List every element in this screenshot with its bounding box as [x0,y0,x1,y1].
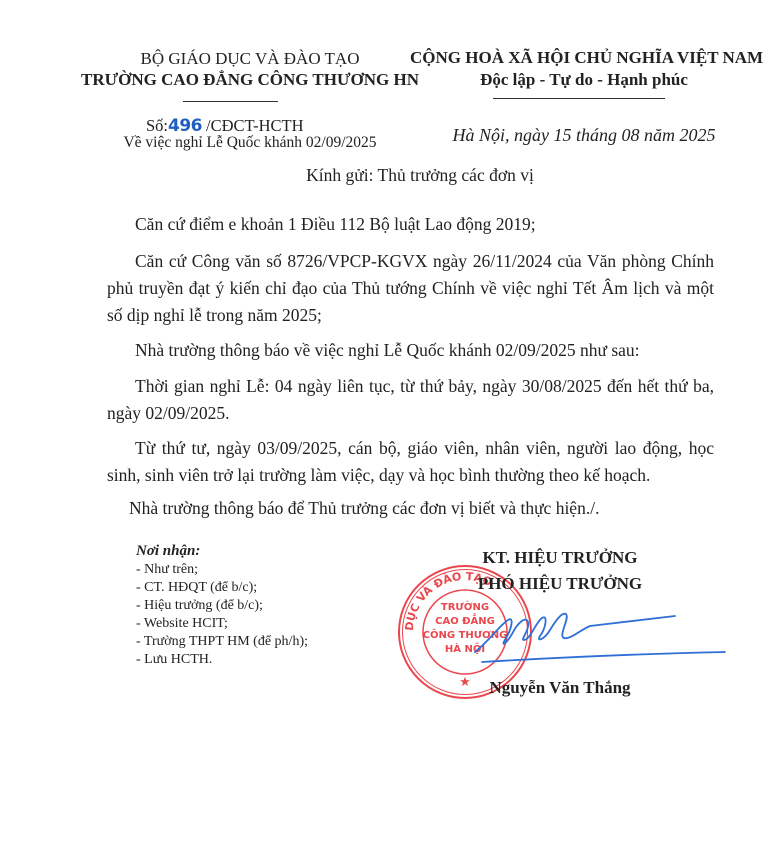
right-header-rule [493,98,665,99]
paragraph-text: Căn cứ Công văn số 8726/VPCP-KGVX ngày 2… [107,251,714,325]
recipients-title: Nơi nhận: [136,543,200,560]
paragraph-text: Thời gian nghỉ Lễ: 04 ngày liên tục, từ … [107,376,714,423]
recipient-item: - Trường THPT HM (để ph/h); [136,633,308,651]
doc-number-prefix: Số: [146,116,168,135]
paragraph-legal-basis-2: Căn cứ Công văn số 8726/VPCP-KGVX ngày 2… [107,248,714,329]
paragraph-text: Căn cứ điểm e khoản 1 Điều 112 Bộ luật L… [135,214,536,234]
addressee: Kính gửi: Thủ trưởng các đơn vị [120,165,720,186]
signature-title-1: KT. HIỆU TRƯỞNG [440,548,680,568]
recipient-item: - Hiệu trưởng (để b/c); [136,597,308,615]
signature-title-2: PHÓ HIỆU TRƯỞNG [440,574,680,594]
recipient-item: - CT. HĐQT (để b/c); [136,579,308,597]
paragraph-closing: Nhà trường thông báo để Thủ trưởng các đ… [107,495,714,522]
paragraph-return-to-work: Từ thứ tư, ngày 03/09/2025, cán bộ, giáo… [107,435,714,489]
document-number: Số:496/CĐCT-HCTH [146,116,304,136]
paragraph-announcement: Nhà trường thông báo về việc nghỉ Lễ Quố… [107,337,714,364]
left-header-rule [183,101,278,102]
signer-name: Nguyễn Văn Thắng [440,678,680,698]
recipient-item: - Như trên; [136,561,308,579]
recipient-item: - Lưu HCTH. [136,651,308,669]
ministry-name: BỘ GIÁO DỤC VÀ ĐÀO TẠO [90,49,410,69]
place-date: Hà Nội, ngày 15 tháng 08 năm 2025 [410,125,758,146]
paragraph-legal-basis-1: Căn cứ điểm e khoản 1 Điều 112 Bộ luật L… [107,211,714,238]
recipients-list: - Như trên; - CT. HĐQT (để b/c); - Hiệu … [136,561,308,669]
handwritten-signature [470,600,730,670]
paragraph-holiday-period: Thời gian nghỉ Lễ: 04 ngày liên tục, từ … [107,373,714,427]
doc-number-handwritten: 496 [168,116,202,136]
nation-title: CỘNG HOÀ XÃ HỘI CHỦ NGHĨA VIỆT NAM [410,48,758,68]
paragraph-text: Nhà trường thông báo để Thủ trưởng các đ… [129,498,599,518]
paragraph-text: Nhà trường thông báo về việc nghỉ Lễ Quố… [135,340,640,360]
paragraph-text: Từ thứ tư, ngày 03/09/2025, cán bộ, giáo… [107,438,714,485]
national-motto: Độc lập - Tự do - Hạnh phúc [410,70,758,90]
school-name: TRƯỜNG CAO ĐẲNG CÔNG THƯƠNG HN [50,70,450,90]
document-subject: Về việc nghỉ Lễ Quốc khánh 02/09/2025 [90,134,410,152]
doc-number-suffix: /CĐCT-HCTH [206,116,304,135]
recipient-item: - Website HCIT; [136,615,308,633]
